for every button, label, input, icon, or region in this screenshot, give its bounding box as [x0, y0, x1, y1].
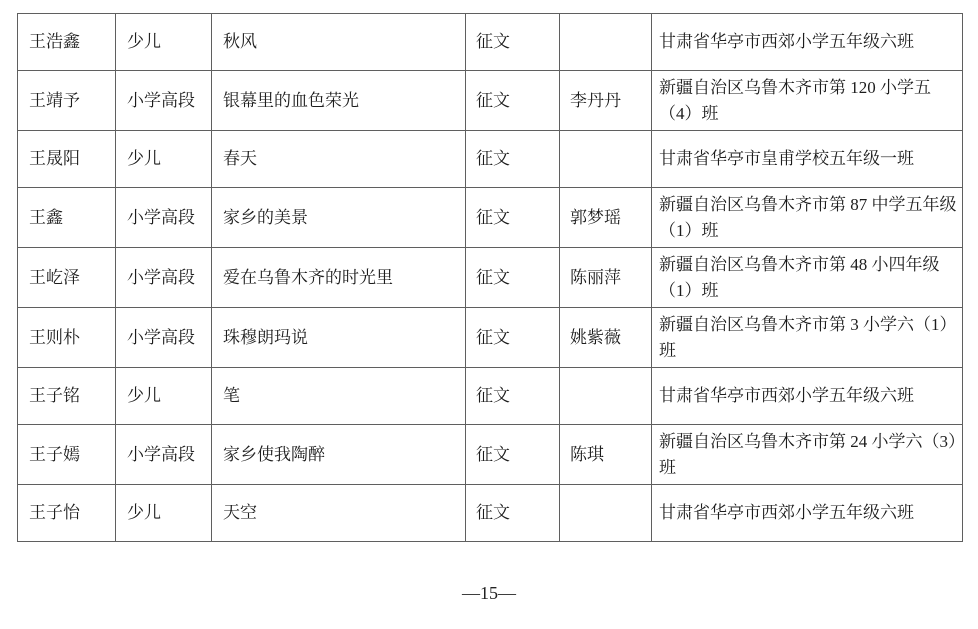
table-row: 王子怡 少儿 天空 征文 甘肃省华亭市西郊小学五年级六班 — [18, 485, 963, 542]
cell-category: 少儿 — [116, 368, 212, 425]
table-row: 王子嫣 小学高段 家乡使我陶醉 征文 陈琪 新疆自治区乌鲁木齐市第 24 小学六… — [18, 425, 963, 485]
cell-category: 小学高段 — [116, 188, 212, 248]
cell-school: 甘肃省华亭市皇甫学校五年级一班 — [652, 131, 963, 188]
table-row: 王靖予 小学高段 银幕里的血色荣光 征文 李丹丹 新疆自治区乌鲁木齐市第 120… — [18, 71, 963, 131]
cell-category: 小学高段 — [116, 248, 212, 308]
award-list-table: 王浩鑫 少儿 秋风 征文 甘肃省华亭市西郊小学五年级六班 王靖予 小学高段 银幕… — [17, 13, 963, 542]
table-row: 王鑫 小学高段 家乡的美景 征文 郭梦瑶 新疆自治区乌鲁木齐市第 87 中学五年… — [18, 188, 963, 248]
cell-teacher-name — [560, 368, 652, 425]
cell-category: 小学高段 — [116, 425, 212, 485]
cell-school: 新疆自治区乌鲁木齐市第 120 小学五（4）班 — [652, 71, 963, 131]
cell-student-name: 王靖予 — [18, 71, 116, 131]
table-row: 王屹泽 小学高段 爱在乌鲁木齐的时光里 征文 陈丽萍 新疆自治区乌鲁木齐市第 4… — [18, 248, 963, 308]
cell-entry-type: 征文 — [466, 14, 560, 71]
cell-category: 少儿 — [116, 485, 212, 542]
cell-entry-type: 征文 — [466, 368, 560, 425]
cell-work-title: 珠穆朗玛说 — [212, 308, 466, 368]
cell-teacher-name — [560, 131, 652, 188]
cell-entry-type: 征文 — [466, 71, 560, 131]
cell-entry-type: 征文 — [466, 248, 560, 308]
cell-student-name: 王则朴 — [18, 308, 116, 368]
cell-student-name: 王屹泽 — [18, 248, 116, 308]
cell-work-title: 笔 — [212, 368, 466, 425]
cell-school: 新疆自治区乌鲁木齐市第 3 小学六（1）班 — [652, 308, 963, 368]
table-row: 王子铭 少儿 笔 征文 甘肃省华亭市西郊小学五年级六班 — [18, 368, 963, 425]
document-page: 王浩鑫 少儿 秋风 征文 甘肃省华亭市西郊小学五年级六班 王靖予 小学高段 银幕… — [0, 0, 978, 629]
cell-work-title: 家乡的美景 — [212, 188, 466, 248]
cell-teacher-name — [560, 14, 652, 71]
cell-school: 甘肃省华亭市西郊小学五年级六班 — [652, 485, 963, 542]
table-row: 王则朴 小学高段 珠穆朗玛说 征文 姚紫薇 新疆自治区乌鲁木齐市第 3 小学六（… — [18, 308, 963, 368]
cell-school: 甘肃省华亭市西郊小学五年级六班 — [652, 14, 963, 71]
cell-school: 新疆自治区乌鲁木齐市第 87 中学五年级（1）班 — [652, 188, 963, 248]
cell-work-title: 家乡使我陶醉 — [212, 425, 466, 485]
cell-category: 少儿 — [116, 131, 212, 188]
cell-entry-type: 征文 — [466, 485, 560, 542]
page-number: —15— — [0, 583, 978, 604]
cell-category: 少儿 — [116, 14, 212, 71]
table-row: 王晟阳 少儿 春天 征文 甘肃省华亭市皇甫学校五年级一班 — [18, 131, 963, 188]
cell-school: 新疆自治区乌鲁木齐市第 24 小学六（3）班 — [652, 425, 963, 485]
cell-teacher-name: 陈琪 — [560, 425, 652, 485]
cell-entry-type: 征文 — [466, 188, 560, 248]
cell-student-name: 王鑫 — [18, 188, 116, 248]
cell-entry-type: 征文 — [466, 131, 560, 188]
cell-entry-type: 征文 — [466, 425, 560, 485]
cell-category: 小学高段 — [116, 308, 212, 368]
cell-teacher-name: 郭梦瑶 — [560, 188, 652, 248]
table-row: 王浩鑫 少儿 秋风 征文 甘肃省华亭市西郊小学五年级六班 — [18, 14, 963, 71]
cell-category: 小学高段 — [116, 71, 212, 131]
cell-entry-type: 征文 — [466, 308, 560, 368]
cell-work-title: 秋风 — [212, 14, 466, 71]
cell-school: 新疆自治区乌鲁木齐市第 48 小四年级（1）班 — [652, 248, 963, 308]
cell-work-title: 天空 — [212, 485, 466, 542]
cell-teacher-name — [560, 485, 652, 542]
cell-student-name: 王子怡 — [18, 485, 116, 542]
cell-work-title: 春天 — [212, 131, 466, 188]
cell-work-title: 银幕里的血色荣光 — [212, 71, 466, 131]
cell-student-name: 王子铭 — [18, 368, 116, 425]
cell-school: 甘肃省华亭市西郊小学五年级六班 — [652, 368, 963, 425]
cell-teacher-name: 姚紫薇 — [560, 308, 652, 368]
cell-student-name: 王子嫣 — [18, 425, 116, 485]
cell-work-title: 爱在乌鲁木齐的时光里 — [212, 248, 466, 308]
cell-teacher-name: 陈丽萍 — [560, 248, 652, 308]
cell-teacher-name: 李丹丹 — [560, 71, 652, 131]
cell-student-name: 王浩鑫 — [18, 14, 116, 71]
cell-student-name: 王晟阳 — [18, 131, 116, 188]
